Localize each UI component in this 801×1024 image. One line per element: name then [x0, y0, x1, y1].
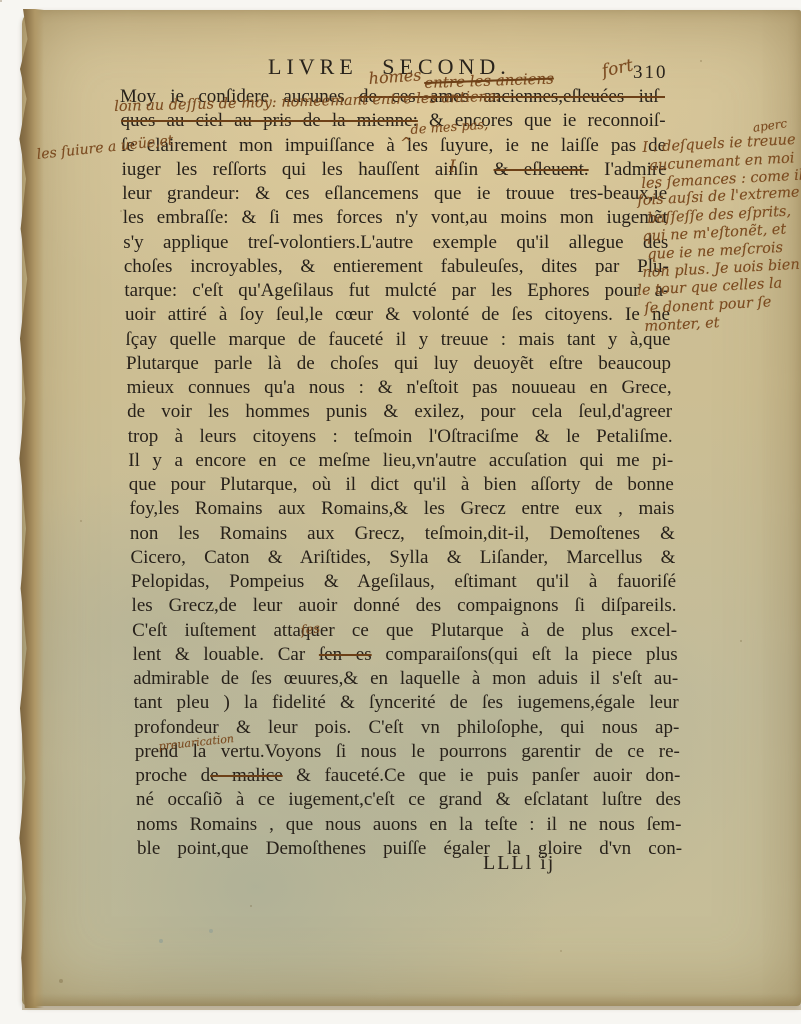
print-segment: tant pleu ) la fidelité & ſyncerité de ſ…	[134, 692, 679, 713]
print-segment: proche d	[135, 765, 210, 786]
print-segment: & fauceté.Ce que ie puis panſer auoir do…	[283, 765, 681, 786]
print-segment: ſçay quelle marque de fauceté il y treuu…	[126, 329, 671, 350]
struck-print-segment: & eſleuent.	[494, 159, 589, 180]
printed-line: Il y a encore en ce meſme lieu,vn'autre …	[128, 450, 673, 475]
printed-line: les embraſſe: & ſi mes forces n'y vont,a…	[123, 207, 668, 232]
page-bottom-shadow	[22, 994, 801, 1010]
printed-line: Pelopidas, Pompeius & Ageſilaus, eſtiman…	[131, 571, 676, 596]
printed-line: tant pleu ) la fidelité & ſyncerité de ſ…	[134, 692, 679, 717]
printed-line: que pour Plutarque, où il dict qu'il à b…	[129, 474, 674, 499]
print-segment: admirable de ſes œuures,& en laquelle à …	[133, 668, 678, 689]
print-segment: mieux connues qu'a nous : & n'eſtoit pas…	[127, 377, 672, 398]
printed-line: trop à leurs citoyens : teſmoin l'Oſtrac…	[128, 426, 673, 451]
print-segment: noms Romains , que nous auons en la teſt…	[137, 814, 682, 835]
print-segment: Plutarque parle là de choſes qui luy deu…	[126, 353, 671, 374]
printed-line: de voir les hommes punis & exilez, pour …	[127, 401, 672, 426]
page-number: 310	[633, 62, 668, 84]
struck-print-segment: ſen es	[319, 644, 372, 665]
print-segment: non les Romains aux Grecz, teſmoin,dit-i…	[130, 523, 675, 544]
printed-line: ſe clairement mon impuiſſance à les ſuyu…	[121, 135, 666, 160]
print-segment: les embraſſe: & ſi mes forces n'y vont,a…	[123, 207, 668, 228]
handwritten-interline-homes: homes	[368, 65, 422, 88]
printed-line: C'eſt iuſtement attaquer ce que Plutarqu…	[132, 620, 677, 645]
print-segment: C'eſt iuſtement attaquer ce que Plutarqu…	[132, 620, 677, 641]
print-segment: ſe clairement mon impuiſſance à les ſuyu…	[121, 135, 666, 156]
print-segment: lent & louable. Car	[133, 644, 319, 665]
printed-line: iuger les reſſorts qui les hauſſent ainſ…	[122, 159, 667, 184]
print-segment: tarque: c'eſt qu'Ageſilaus fut mulcté pa…	[124, 280, 669, 301]
print-segment: Il y a encore en ce meſme lieu,vn'autre …	[128, 450, 673, 471]
print-segment: iuger les reſſorts qui les hauſſent ainſ…	[122, 159, 494, 180]
printed-line: ble point,que Demoſthenes puiſſe égaler …	[137, 838, 682, 863]
print-segment: leur grandeur: & ces eſlancemens que ie …	[122, 183, 667, 204]
printed-line: proche de malice & fauceté.Ce que ie pui…	[135, 765, 680, 790]
printed-line: lent & louable. Car ſen es comparaiſons(…	[133, 644, 678, 669]
print-segment: né occaſiõ à ce iugement,c'eſt ce grand …	[136, 789, 681, 810]
print-segment: Cicero, Caton & Ariſtides, Sylla & Liſan…	[130, 547, 675, 568]
print-segment: de voir les hommes punis & exilez, pour …	[127, 401, 672, 422]
print-segment: choſes incroyables, & entierement fabule…	[124, 256, 669, 277]
printed-line: né occaſiõ à ce iugement,c'eſt ce grand …	[136, 789, 681, 814]
scanned-book-page: LIVRE SECOND. 310 Moy ie conſidere aucun…	[0, 0, 801, 1024]
printed-line: choſes incroyables, & entierement fabule…	[124, 256, 669, 281]
printed-line: leur grandeur: & ces eſlancemens que ie …	[122, 183, 667, 208]
printed-line: Cicero, Caton & Ariſtides, Sylla & Liſan…	[130, 547, 675, 572]
paper-speckles	[0, 0, 2, 2]
printed-line: uoir attiré à ſoy ſeul,le cœur & volonté…	[125, 304, 670, 329]
gathering-signature: LLLl ij	[483, 852, 555, 875]
print-segment: uoir attiré à ſoy ſeul,le cœur & volonté…	[125, 304, 670, 325]
print-segment: s'y applique treſ-volontiers.L'autre exe…	[123, 232, 668, 253]
handwritten-interline-ses: ſes	[300, 621, 321, 639]
printed-line: les Grecz,de leur auoir donné des compai…	[132, 595, 677, 620]
print-segment: trop à leurs citoyens : teſmoin l'Oſtrac…	[128, 426, 673, 447]
printed-line: non les Romains aux Grecz, teſmoin,dit-i…	[130, 523, 675, 548]
printed-line: s'y applique treſ-volontiers.L'autre exe…	[123, 232, 668, 257]
handwritten-insert-mark-I: I	[449, 157, 456, 177]
print-segment: Pelopidas, Pompeius & Ageſilaus, eſtiman…	[131, 571, 676, 592]
printed-line: ques au ciel au pris de la mienne: & enc…	[121, 110, 666, 135]
printed-line: Plutarque parle là de choſes qui luy deu…	[126, 353, 671, 378]
printed-line: noms Romains , que nous auons en la teſt…	[137, 814, 682, 839]
printed-line: ſçay quelle marque de fauceté il y treuu…	[126, 329, 671, 354]
print-segment: ble point,que Demoſthenes puiſſe égaler …	[137, 838, 682, 859]
printed-line: foy,les Romains aux Romains,& les Grecz …	[129, 498, 674, 523]
printed-line: tarque: c'eſt qu'Ageſilaus fut mulcté pa…	[124, 280, 669, 305]
print-segment: foy,les Romains aux Romains,& les Grecz …	[129, 498, 674, 519]
print-segment: comparaiſons(qui eſt la piece plus	[372, 644, 678, 665]
struck-print-segment: e malice	[210, 765, 283, 786]
print-segment: que pour Plutarque, où il dict qu'il à b…	[129, 474, 674, 495]
printed-line: mieux connues qu'a nous : & n'eſtoit pas…	[127, 377, 672, 402]
printed-line: admirable de ſes œuures,& en laquelle à …	[133, 668, 678, 693]
print-segment: les Grecz,de leur auoir donné des compai…	[132, 595, 677, 616]
